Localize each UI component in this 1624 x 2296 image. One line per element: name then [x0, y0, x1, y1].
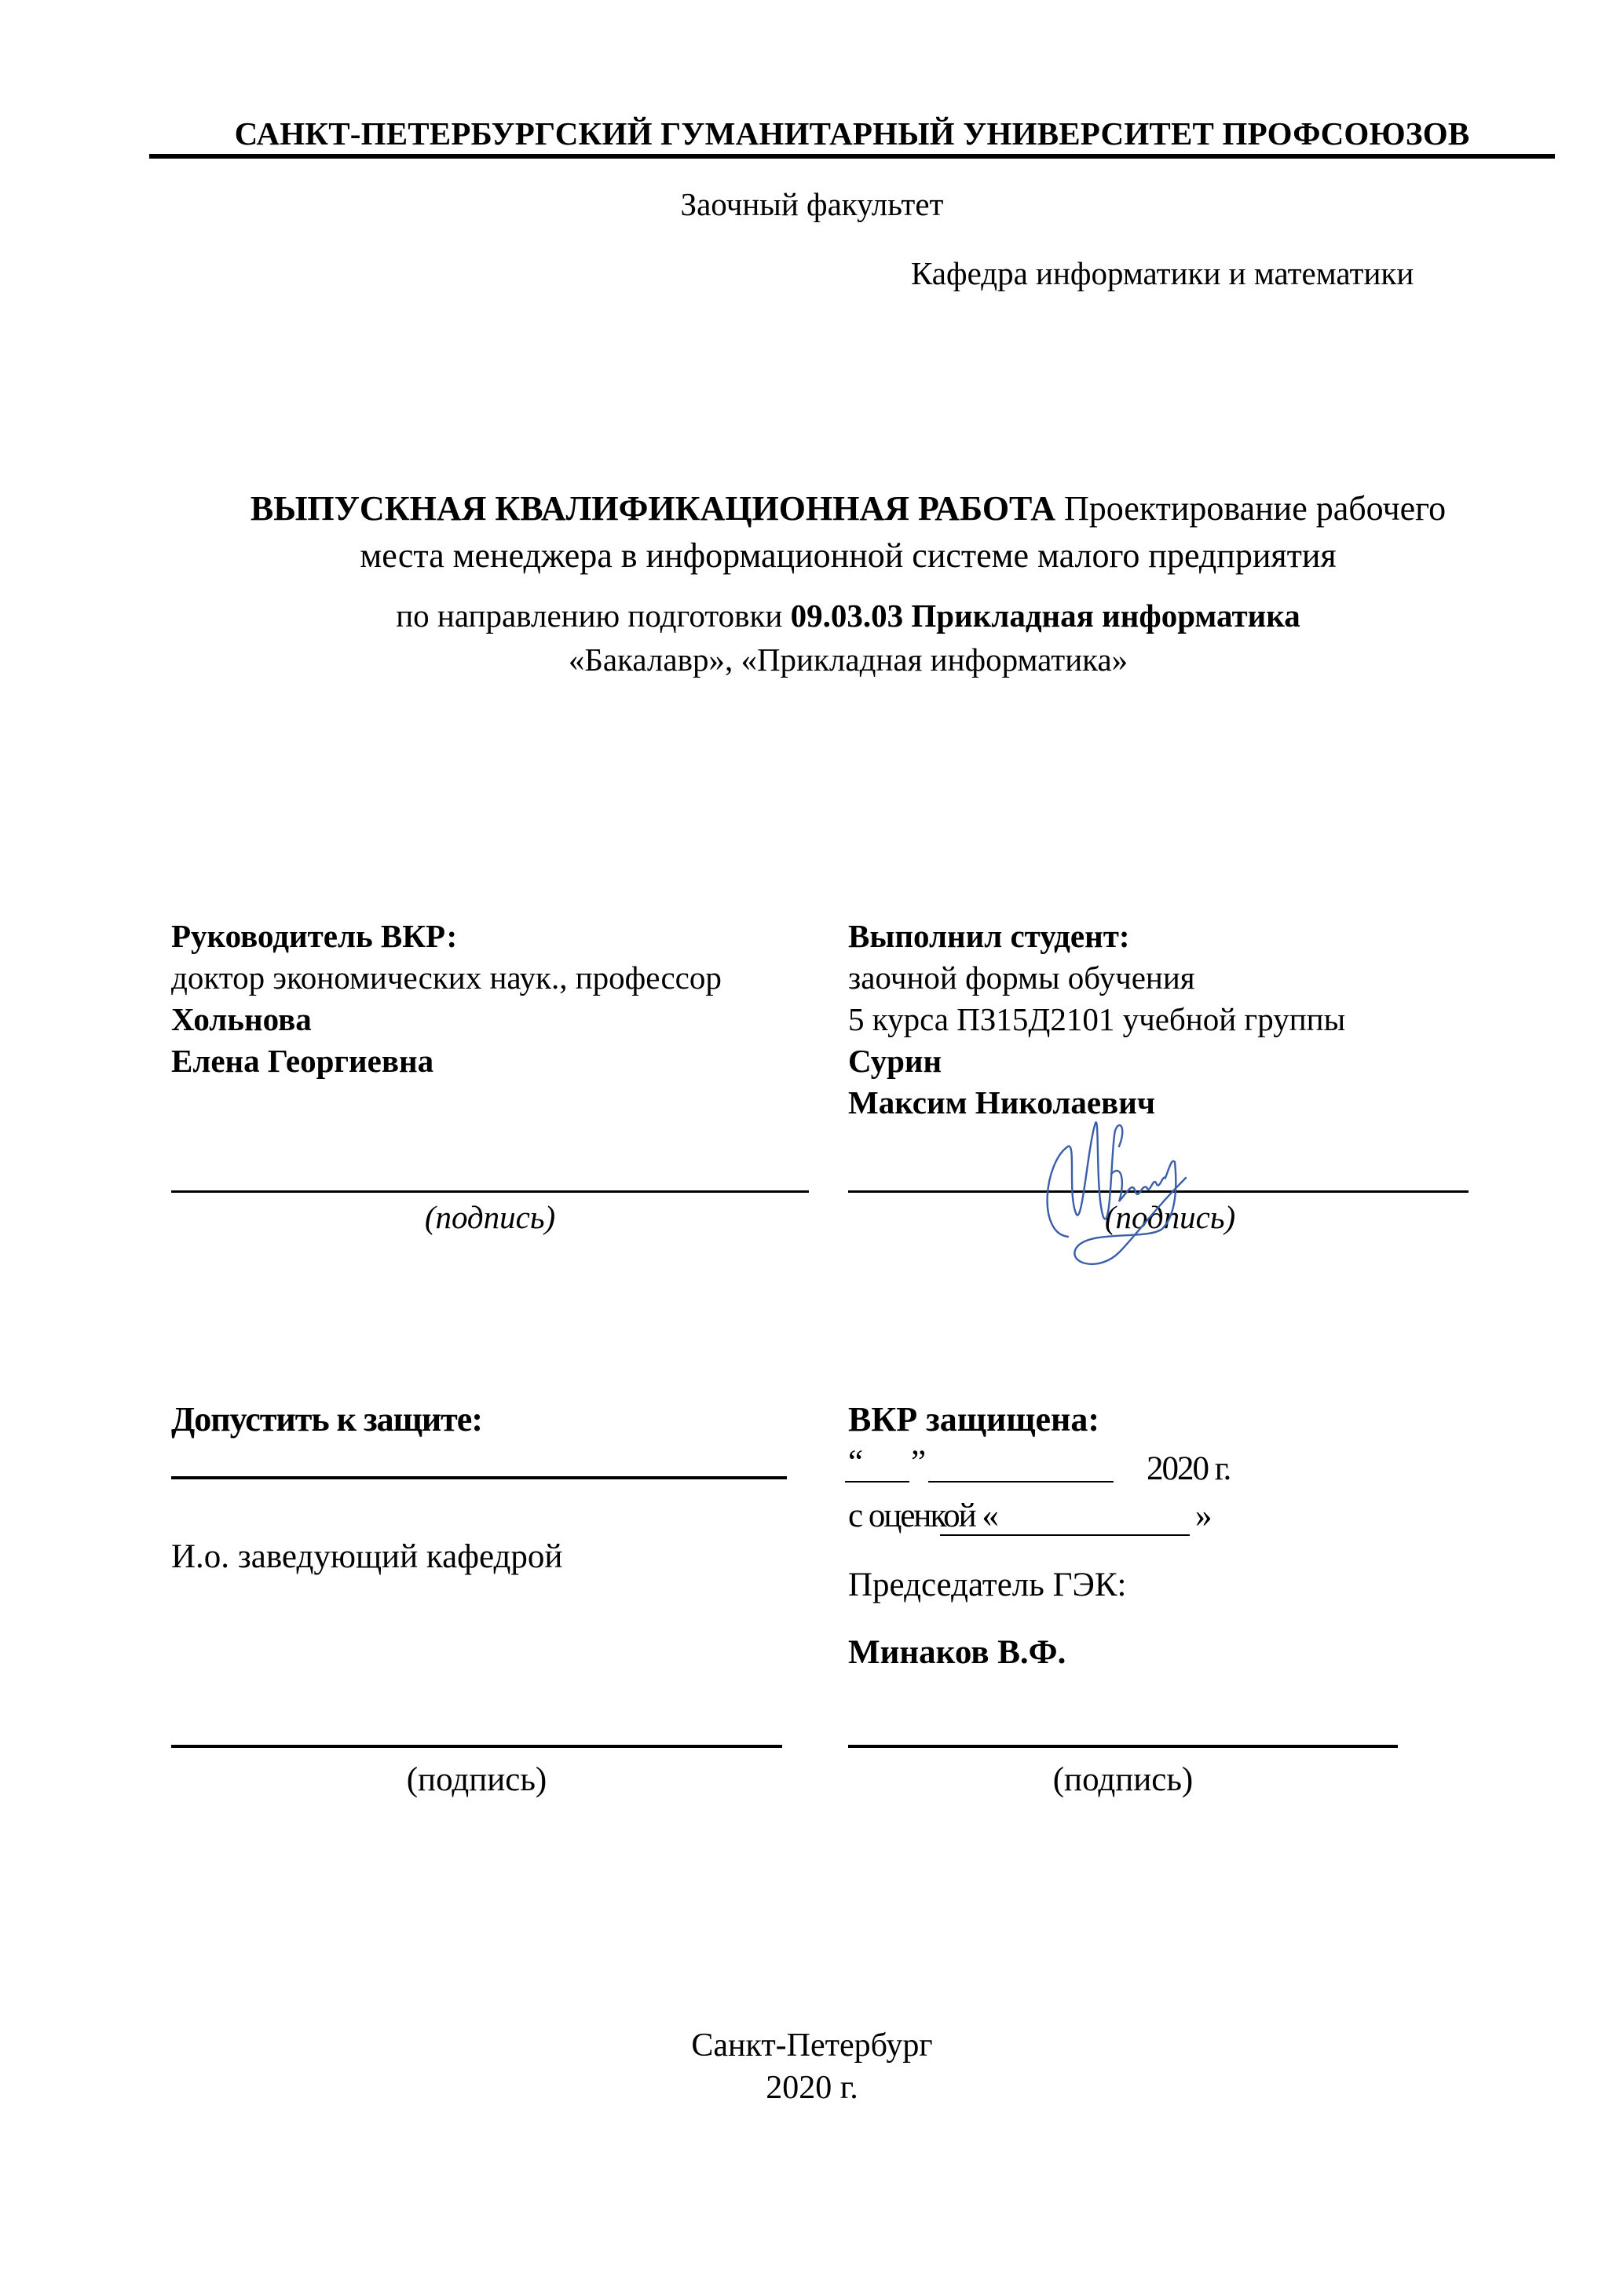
department-head-signature-line: [171, 1745, 782, 1748]
header-rule: [149, 154, 1555, 159]
grade-blank: [940, 1534, 1190, 1536]
gek-chair-signature-line: [848, 1745, 1398, 1748]
defense-year: 2020 г.: [1147, 1450, 1230, 1488]
student-surname: Сурин: [848, 1040, 1345, 1082]
thesis-topic-part1: Проектирование рабочего: [1064, 489, 1446, 528]
thesis-topic-part2: места менеджера в информационной системе…: [360, 536, 1336, 575]
direction-prefix: по направлению подготовки: [396, 598, 782, 634]
study-direction: по направлению подготовки 09.03.03 Прикл…: [157, 594, 1539, 682]
department-name: Кафедра информатики и математики: [911, 254, 1414, 292]
student-study-form: заочной формы обучения: [848, 957, 1345, 999]
degree-profile: «Бакалавр», «Прикладная информатика»: [569, 642, 1128, 678]
supervisor-signature-line: [171, 1190, 809, 1193]
department-head-signature-caption: (подпись): [171, 1760, 782, 1799]
gek-chair-signature-caption: (подпись): [848, 1760, 1398, 1799]
student-handwritten-signature: [950, 1099, 1280, 1272]
admission-role: И.о. заведующий кафедрой: [171, 1537, 562, 1576]
grade-prefix: с оценкой «: [848, 1497, 997, 1535]
footer-year: 2020 г.: [0, 2067, 1624, 2109]
defense-month-blank: [928, 1481, 1114, 1483]
student-group: 5 курса ПЗ15Д2101 учебной группы: [848, 999, 1345, 1040]
student-heading: Выполнил студент:: [848, 916, 1345, 957]
supervisor-heading: Руководитель ВКР:: [171, 916, 722, 957]
supervisor-block: Руководитель ВКР: доктор экономических н…: [171, 916, 722, 1082]
defense-day-blank: [845, 1481, 909, 1483]
defense-close-quote: ”: [911, 1443, 926, 1482]
gek-chair-name: Минаков В.Ф.: [848, 1633, 1066, 1672]
direction-code-name: 09.03.03 Прикладная информатика: [791, 598, 1300, 634]
supervisor-given-names: Елена Георгиевна: [171, 1040, 722, 1082]
supervisor-surname: Хольнова: [171, 999, 722, 1040]
supervisor-title: доктор экономических наук., профессор: [171, 957, 722, 999]
thesis-title: ВЫПУСКНАЯ КВАЛИФИКАЦИОННАЯ РАБОТА Проект…: [157, 485, 1539, 579]
admission-heading: Допустить к защите:: [171, 1399, 482, 1439]
university-name: САНКТ-ПЕТЕРБУРГСКИЙ ГУМАНИТАРНЫЙ УНИВЕРС…: [149, 115, 1555, 152]
supervisor-signature-caption: (подпись): [171, 1198, 809, 1236]
gek-chair-label: Председатель ГЭК:: [848, 1566, 1127, 1604]
footer: Санкт-Петербург 2020 г.: [0, 2024, 1624, 2109]
defense-heading: ВКР защищена:: [848, 1399, 1099, 1439]
student-block: Выполнил студент: заочной формы обучения…: [848, 916, 1345, 1124]
admission-signature-line: [171, 1476, 787, 1479]
thesis-type-label: ВЫПУСКНАЯ КВАЛИФИКАЦИОННАЯ РАБОТА: [251, 489, 1055, 528]
defense-open-quote: “: [848, 1443, 863, 1482]
footer-city: Санкт-Петербург: [0, 2024, 1624, 2067]
faculty-name: Заочный факультет: [0, 185, 1624, 223]
grade-suffix: »: [1195, 1497, 1213, 1535]
